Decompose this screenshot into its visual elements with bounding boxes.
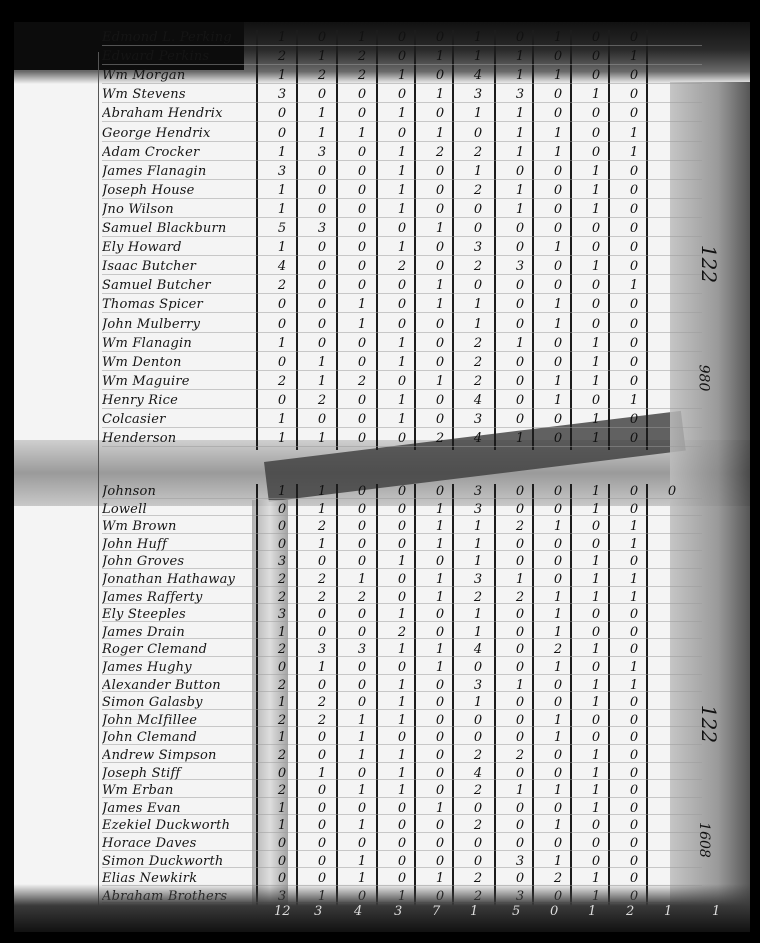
tally-cell: 1 [584, 572, 608, 587]
tally-cell: 1 [270, 183, 294, 198]
tally-cell: 2 [270, 713, 294, 728]
household-name: James Hughy [102, 660, 262, 675]
tally-cell: 0 [546, 801, 570, 816]
row-rule [102, 332, 702, 333]
tally-cell: 0 [390, 519, 414, 534]
tally-cell: 2 [508, 748, 532, 763]
tally-cell: 1 [350, 30, 374, 45]
household-name: James Drain [102, 625, 262, 640]
tally-cell: 1 [584, 183, 608, 198]
total-cell: 2 [626, 904, 634, 919]
tally-cell: 0 [466, 278, 490, 293]
tally-cell: 0 [428, 183, 452, 198]
tally-cell: 0 [622, 625, 646, 640]
tally-cell: 1 [584, 766, 608, 781]
tally-cell: 0 [466, 126, 490, 141]
tally-cell: 1 [270, 730, 294, 745]
tally-cell: 1 [622, 126, 646, 141]
tally-cell: 0 [390, 836, 414, 851]
tally-cell: 1 [390, 607, 414, 622]
tally-cell: 2 [270, 642, 294, 657]
household-name: Ely Steeples [102, 607, 262, 622]
tally-cell: 1 [546, 374, 570, 389]
tally-cell: 0 [350, 106, 374, 121]
tally-cell: 1 [310, 355, 334, 370]
household-name: Wm Denton [102, 355, 262, 370]
household-name: John McIfillee [102, 713, 262, 728]
tally-cell: 0 [350, 766, 374, 781]
row-rule [102, 217, 702, 218]
tally-cell: 0 [546, 766, 570, 781]
tally-cell: 0 [546, 431, 570, 446]
tally-cell: 2 [466, 783, 490, 798]
tally-cell: 0 [428, 748, 452, 763]
tally-cell: 1 [584, 484, 608, 499]
tally-cell: 1 [390, 393, 414, 408]
row-rule [102, 408, 702, 409]
tally-cell: 4 [466, 766, 490, 781]
tally-cell: 1 [428, 801, 452, 816]
household-name: Edward Perkins [102, 49, 262, 64]
tally-cell: 0 [622, 783, 646, 798]
census-row: Henderson1100241010 [14, 431, 750, 453]
tally-cell: 1 [584, 202, 608, 217]
tally-cell: 0 [390, 660, 414, 675]
tally-cell: 1 [428, 502, 452, 517]
tally-cell: 0 [350, 431, 374, 446]
tally-cell: 0 [350, 87, 374, 102]
tally-cell: 1 [270, 695, 294, 710]
tally-cell: 0 [350, 801, 374, 816]
tally-cell: 0 [428, 259, 452, 274]
tally-cell: 0 [310, 164, 334, 179]
tally-cell: 0 [466, 713, 490, 728]
tally-cell: 2 [310, 590, 334, 605]
row-rule [102, 121, 702, 122]
tally-cell: 0 [350, 183, 374, 198]
tally-cell: 0 [390, 572, 414, 587]
tally-cell: 0 [390, 854, 414, 869]
total-cell: 7 [432, 904, 440, 919]
tally-cell: 0 [584, 660, 608, 675]
tally-cell: 0 [622, 317, 646, 332]
tally-cell: 0 [584, 730, 608, 745]
tally-cell: 1 [546, 519, 570, 534]
tally-cell: 1 [584, 642, 608, 657]
tally-cell: 1 [508, 126, 532, 141]
tally-cell: 0 [428, 317, 452, 332]
tally-cell: 1 [390, 336, 414, 351]
household-name: Wm Stevens [102, 87, 262, 102]
tally-cell: 0 [622, 502, 646, 517]
tally-cell: 1 [622, 278, 646, 293]
tally-cell: 0 [310, 607, 334, 622]
tally-cell: 2 [466, 336, 490, 351]
tally-cell: 1 [310, 660, 334, 675]
tally-cell: 0 [546, 202, 570, 217]
tally-cell: 1 [270, 431, 294, 446]
tally-cell: 1 [310, 49, 334, 64]
tally-cell: 0 [622, 183, 646, 198]
household-name: Henderson [102, 431, 262, 446]
bottom-scan-shadow [14, 884, 750, 932]
tally-cell: 1 [390, 202, 414, 217]
tally-cell: 0 [310, 730, 334, 745]
tally-cell: 3 [270, 607, 294, 622]
tally-cell: 1 [270, 145, 294, 160]
tally-cell: 0 [390, 484, 414, 499]
tally-cell: 0 [270, 317, 294, 332]
tally-cell: 2 [310, 572, 334, 587]
tally-cell: 0 [546, 259, 570, 274]
tally-cell: 4 [270, 259, 294, 274]
tally-cell: 0 [546, 221, 570, 236]
tally-cell: 0 [428, 730, 452, 745]
tally-cell: 0 [546, 502, 570, 517]
tally-cell: 0 [546, 355, 570, 370]
tally-cell: 0 [622, 68, 646, 83]
tally-cell: 1 [350, 748, 374, 763]
household-name: John Groves [102, 554, 262, 569]
tally-cell: 1 [508, 183, 532, 198]
household-name: Samuel Butcher [102, 278, 262, 293]
tally-cell: 0 [546, 678, 570, 693]
tally-cell: 3 [270, 554, 294, 569]
row-rule [102, 351, 702, 352]
tally-cell: 0 [466, 660, 490, 675]
tally-cell: 0 [622, 607, 646, 622]
tally-cell: 1 [390, 145, 414, 160]
tally-cell: 0 [546, 49, 570, 64]
tally-cell: 0 [390, 317, 414, 332]
household-name: Roger Clemand [102, 642, 262, 657]
tally-cell: 1 [428, 660, 452, 675]
tally-cell: 0 [310, 317, 334, 332]
tally-cell: 1 [546, 660, 570, 675]
tally-cell: 1 [390, 766, 414, 781]
row-rule [102, 179, 702, 180]
tally-cell: 0 [310, 297, 334, 312]
tally-cell: 1 [546, 590, 570, 605]
tally-cell: 0 [622, 431, 646, 446]
tally-cell: 1 [428, 374, 452, 389]
tally-cell: 0 [428, 783, 452, 798]
tally-cell: 0 [508, 660, 532, 675]
tally-cell: 0 [390, 278, 414, 293]
row-rule [102, 102, 702, 103]
tally-cell: 0 [350, 393, 374, 408]
tally-cell: 1 [546, 854, 570, 869]
tally-cell: 0 [546, 484, 570, 499]
household-name: Simon Galasby [102, 695, 262, 710]
tally-cell: 0 [622, 202, 646, 217]
tally-cell: 1 [584, 695, 608, 710]
tally-cell: 0 [508, 221, 532, 236]
tally-cell: 2 [350, 68, 374, 83]
tally-cell: 1 [428, 297, 452, 312]
tally-cell: 0 [660, 484, 684, 499]
tally-cell: 0 [310, 818, 334, 833]
tally-cell: 0 [350, 164, 374, 179]
tally-cell: 0 [584, 317, 608, 332]
tally-cell: 1 [508, 336, 532, 351]
tally-cell: 0 [428, 554, 452, 569]
tally-cell: 0 [546, 554, 570, 569]
tally-cell: 0 [310, 87, 334, 102]
tally-cell: 1 [428, 537, 452, 552]
tally-cell: 0 [622, 336, 646, 351]
tally-cell: 3 [508, 854, 532, 869]
tally-cell: 0 [508, 625, 532, 640]
tally-cell: 0 [350, 278, 374, 293]
row-rule [102, 370, 702, 371]
tally-cell: 0 [428, 30, 452, 45]
tally-cell: 0 [508, 836, 532, 851]
tally-cell: 1 [310, 106, 334, 121]
tally-cell: 0 [508, 713, 532, 728]
tally-cell: 0 [350, 695, 374, 710]
tally-cell: 0 [390, 818, 414, 833]
household-name: Wm Morgan [102, 68, 262, 83]
tally-cell: 0 [584, 30, 608, 45]
tally-cell: 4 [466, 393, 490, 408]
tally-cell: 0 [270, 766, 294, 781]
tally-cell: 0 [310, 854, 334, 869]
tally-cell: 0 [270, 502, 294, 517]
tally-cell: 1 [390, 695, 414, 710]
tally-cell: 1 [466, 554, 490, 569]
tally-cell: 1 [546, 126, 570, 141]
tally-cell: 1 [428, 87, 452, 102]
tally-cell: 0 [350, 836, 374, 851]
tally-cell: 0 [428, 678, 452, 693]
household-name: Edmond L. Perking [102, 30, 262, 45]
row-rule [102, 236, 702, 237]
tally-cell: 1 [270, 336, 294, 351]
tally-cell: 0 [546, 537, 570, 552]
tally-cell: 0 [622, 164, 646, 179]
tally-cell: 3 [466, 572, 490, 587]
tally-cell: 0 [546, 748, 570, 763]
tally-cell: 2 [270, 783, 294, 798]
tally-cell: 1 [546, 713, 570, 728]
tally-cell: 1 [508, 783, 532, 798]
tally-cell: 0 [508, 642, 532, 657]
margin-note-upper-sub: 980 [695, 365, 711, 392]
tally-cell: 2 [270, 678, 294, 693]
tally-cell: 0 [270, 297, 294, 312]
tally-cell: 1 [270, 240, 294, 255]
total-cell: 1 [712, 904, 720, 919]
tally-cell: 2 [428, 145, 452, 160]
tally-cell: 2 [270, 374, 294, 389]
tally-cell: 0 [390, 730, 414, 745]
tally-cell: 1 [270, 412, 294, 427]
tally-cell: 0 [310, 259, 334, 274]
row-rule [102, 160, 702, 161]
tally-cell: 2 [270, 278, 294, 293]
tally-cell: 1 [508, 678, 532, 693]
tally-cell: 0 [350, 519, 374, 534]
tally-cell: 1 [350, 126, 374, 141]
tally-cell: 0 [428, 695, 452, 710]
household-name: James Rafferty [102, 590, 262, 605]
tally-cell: 2 [350, 374, 374, 389]
tally-cell: 0 [508, 766, 532, 781]
row-rule [102, 389, 702, 390]
tally-cell: 1 [350, 572, 374, 587]
household-name: Alexander Button [102, 678, 262, 693]
tally-cell: 0 [508, 164, 532, 179]
tally-cell: 1 [428, 590, 452, 605]
tally-cell: 1 [584, 87, 608, 102]
tally-cell: 2 [466, 590, 490, 605]
tally-cell: 1 [584, 554, 608, 569]
tally-cell: 1 [466, 164, 490, 179]
tally-cell: 0 [546, 87, 570, 102]
tally-cell: 1 [466, 607, 490, 622]
household-name: Thomas Spicer [102, 297, 262, 312]
household-name: Abraham Hendrix [102, 106, 262, 121]
row-rule [102, 293, 702, 294]
tally-cell: 0 [270, 126, 294, 141]
household-name: James Evan [102, 801, 262, 816]
tally-cell: 0 [584, 836, 608, 851]
tally-cell: 0 [310, 783, 334, 798]
tally-cell: 0 [546, 336, 570, 351]
total-cell: 1 [664, 904, 672, 919]
tally-cell: 0 [428, 106, 452, 121]
household-name: James Flanagin [102, 164, 262, 179]
household-name: John Clemand [102, 730, 262, 745]
tally-cell: 0 [584, 145, 608, 160]
row-rule [102, 274, 702, 275]
tally-cell: 0 [390, 49, 414, 64]
tally-cell: 1 [310, 766, 334, 781]
tally-cell: 0 [622, 642, 646, 657]
tally-cell: 1 [390, 106, 414, 121]
tally-cell: 1 [270, 625, 294, 640]
tally-cell: 0 [390, 87, 414, 102]
tally-cell: 0 [428, 625, 452, 640]
tally-cell: 1 [428, 126, 452, 141]
row-rule [102, 255, 702, 256]
tally-cell: 0 [428, 766, 452, 781]
tally-cell: 1 [546, 625, 570, 640]
tally-cell: 1 [270, 484, 294, 499]
total-cell: 1 [470, 904, 478, 919]
household-name: George Hendrix [102, 126, 262, 141]
tally-cell: 1 [622, 49, 646, 64]
tally-cell: 0 [622, 766, 646, 781]
tally-cell: 0 [350, 259, 374, 274]
tally-cell: 0 [466, 221, 490, 236]
tally-cell: 3 [508, 87, 532, 102]
tally-cell: 1 [622, 537, 646, 552]
tally-cell: 1 [390, 68, 414, 83]
tally-cell: 1 [622, 660, 646, 675]
tally-cell: 0 [584, 625, 608, 640]
tally-cell: 0 [350, 537, 374, 552]
tally-cell: 0 [350, 502, 374, 517]
tally-cell: 0 [584, 519, 608, 534]
tally-cell: 2 [390, 625, 414, 640]
tally-cell: 0 [390, 502, 414, 517]
tally-cell: 1 [310, 502, 334, 517]
tally-cell: 1 [428, 278, 452, 293]
tally-cell: 2 [310, 695, 334, 710]
tally-cell: 1 [350, 730, 374, 745]
tally-cell: 0 [428, 355, 452, 370]
tally-cell: 0 [270, 660, 294, 675]
tally-cell: 0 [310, 30, 334, 45]
margin-note-upper: 122 [697, 245, 721, 283]
tally-cell: 1 [466, 317, 490, 332]
tally-cell: 1 [546, 730, 570, 745]
tally-cell: 1 [622, 393, 646, 408]
household-name: John Huff [102, 537, 262, 552]
tally-cell: 1 [270, 30, 294, 45]
tally-cell: 0 [622, 106, 646, 121]
tally-cell: 1 [546, 607, 570, 622]
tally-cell: 1 [546, 240, 570, 255]
tally-cell: 0 [390, 221, 414, 236]
tally-cell: 0 [466, 854, 490, 869]
tally-cell: 3 [466, 484, 490, 499]
tally-cell: 2 [270, 572, 294, 587]
tally-cell: 1 [390, 554, 414, 569]
tally-cell: 1 [310, 537, 334, 552]
tally-cell: 3 [310, 145, 334, 160]
household-name: Andrew Simpson [102, 748, 262, 763]
tally-cell: 0 [270, 393, 294, 408]
tally-cell: 0 [584, 713, 608, 728]
tally-cell: 0 [584, 607, 608, 622]
tally-cell: 0 [508, 374, 532, 389]
tally-cell: 1 [466, 537, 490, 552]
tally-cell: 0 [622, 87, 646, 102]
tally-cell: 2 [390, 259, 414, 274]
tally-cell: 0 [390, 297, 414, 312]
tally-cell: 1 [428, 642, 452, 657]
tally-cell: 3 [310, 221, 334, 236]
tally-cell: 1 [270, 801, 294, 816]
tally-cell: 4 [466, 431, 490, 446]
household-name: Henry Rice [102, 393, 262, 408]
tally-cell: 0 [622, 695, 646, 710]
tally-cell: 3 [466, 412, 490, 427]
tally-cell: 1 [390, 678, 414, 693]
tally-cell: 4 [466, 642, 490, 657]
tally-cell: 1 [584, 783, 608, 798]
tally-cell: 0 [270, 854, 294, 869]
tally-cell: 0 [546, 278, 570, 293]
tally-cell: 0 [584, 854, 608, 869]
tally-cell: 0 [270, 106, 294, 121]
tally-cell: 0 [546, 164, 570, 179]
tally-cell: 2 [466, 355, 490, 370]
tally-cell: 2 [270, 748, 294, 763]
tally-cell: 1 [466, 625, 490, 640]
tally-cell: 1 [622, 519, 646, 534]
tally-cell: 0 [428, 607, 452, 622]
tally-cell: 0 [350, 678, 374, 693]
tally-cell: 0 [466, 836, 490, 851]
tally-cell: 1 [390, 713, 414, 728]
tally-cell: 1 [546, 818, 570, 833]
tally-cell: 0 [310, 412, 334, 427]
household-name: Horace Daves [102, 836, 262, 851]
